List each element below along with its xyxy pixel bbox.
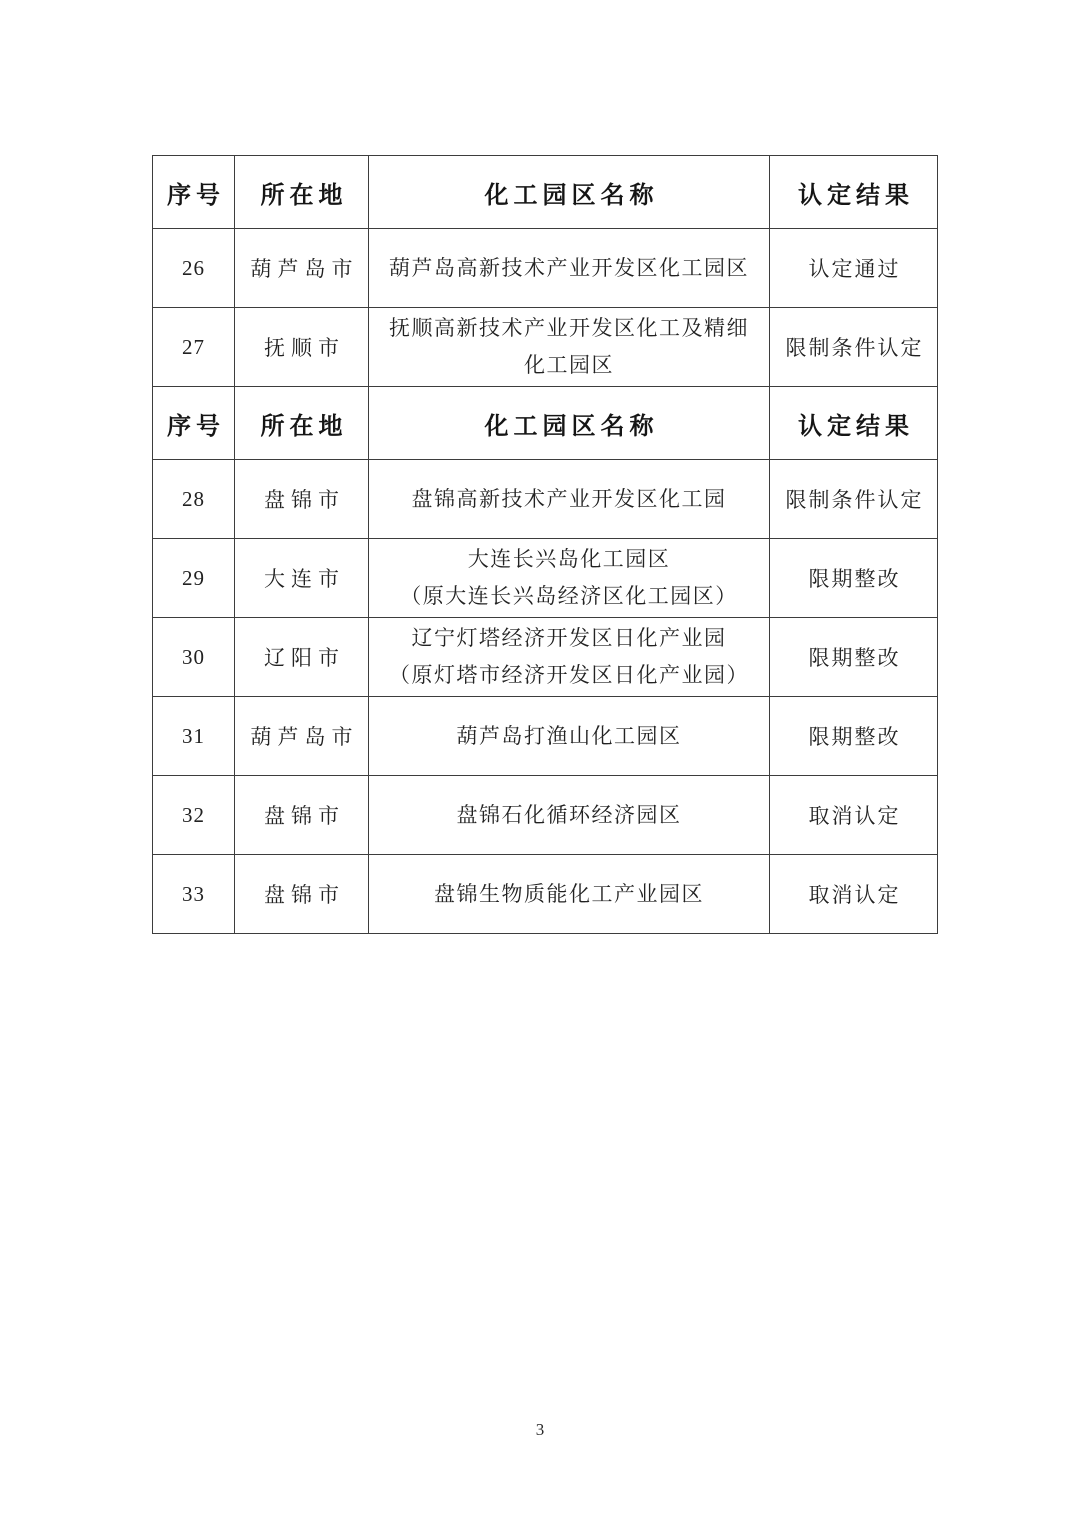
row-number: 32	[153, 776, 235, 855]
park-name: 辽宁灯塔经济开发区日化产业园	[379, 620, 759, 657]
row-number: 28	[153, 460, 235, 539]
park-name: 盘锦石化循环经济园区	[379, 797, 759, 834]
row-number: 31	[153, 697, 235, 776]
row-result: 限期整改	[770, 539, 938, 618]
row-city: 大连市	[235, 539, 369, 618]
row-park: 大连长兴岛化工园区 （原大连长兴岛经济区化工园区）	[369, 539, 770, 618]
park-former-name: （原大连长兴岛经济区化工园区）	[379, 578, 759, 615]
row-city: 盘锦市	[235, 776, 369, 855]
park-name: 抚顺高新技术产业开发区化工及精细化工园区	[379, 310, 759, 384]
row-park: 盘锦石化循环经济园区	[369, 776, 770, 855]
row-park: 葫芦岛高新技术产业开发区化工园区	[369, 229, 770, 308]
row-result: 限制条件认定	[770, 308, 938, 387]
row-result: 限期整改	[770, 697, 938, 776]
row-number: 29	[153, 539, 235, 618]
header-cell-park: 化工园区名称	[369, 387, 770, 460]
row-number: 27	[153, 308, 235, 387]
row-city: 葫芦岛市	[235, 229, 369, 308]
row-park: 辽宁灯塔经济开发区日化产业园 （原灯塔市经济开发区日化产业园）	[369, 618, 770, 697]
header-cell-city: 所在地	[235, 156, 369, 229]
row-result: 取消认定	[770, 855, 938, 934]
park-name: 葫芦岛打渔山化工园区	[379, 718, 759, 755]
park-name: 葫芦岛高新技术产业开发区化工园区	[379, 250, 759, 287]
park-former-name: （原灯塔市经济开发区日化产业园）	[379, 657, 759, 694]
park-name: 大连长兴岛化工园区	[379, 541, 759, 578]
row-park: 盘锦生物质能化工产业园区	[369, 855, 770, 934]
row-result: 认定通过	[770, 229, 938, 308]
table-row: 27 抚顺市 抚顺高新技术产业开发区化工及精细化工园区 限制条件认定	[153, 308, 938, 387]
row-park: 葫芦岛打渔山化工园区	[369, 697, 770, 776]
header-cell-result: 认定结果	[770, 156, 938, 229]
row-city: 盘锦市	[235, 855, 369, 934]
row-city: 葫芦岛市	[235, 697, 369, 776]
row-park: 抚顺高新技术产业开发区化工及精细化工园区	[369, 308, 770, 387]
page-number: 3	[0, 1420, 1080, 1440]
header-cell-park: 化工园区名称	[369, 156, 770, 229]
header-cell-city: 所在地	[235, 387, 369, 460]
row-city: 盘锦市	[235, 460, 369, 539]
table-row: 33 盘锦市 盘锦生物质能化工产业园区 取消认定	[153, 855, 938, 934]
table-row: 32 盘锦市 盘锦石化循环经济园区 取消认定	[153, 776, 938, 855]
table-header-row-1: 序号 所在地 化工园区名称 认定结果	[153, 156, 938, 229]
park-name: 盘锦高新技术产业开发区化工园	[379, 481, 759, 518]
table-row: 30 辽阳市 辽宁灯塔经济开发区日化产业园 （原灯塔市经济开发区日化产业园） 限…	[153, 618, 938, 697]
row-result: 限制条件认定	[770, 460, 938, 539]
document-page: 序号 所在地 化工园区名称 认定结果 26 葫芦岛市 葫芦岛高新技术产业开发区化…	[0, 0, 1080, 1528]
row-number: 33	[153, 855, 235, 934]
row-result: 限期整改	[770, 618, 938, 697]
table-row: 28 盘锦市 盘锦高新技术产业开发区化工园 限制条件认定	[153, 460, 938, 539]
chemical-parks-table: 序号 所在地 化工园区名称 认定结果 26 葫芦岛市 葫芦岛高新技术产业开发区化…	[152, 155, 938, 934]
header-cell-no: 序号	[153, 387, 235, 460]
table-header-row-2: 序号 所在地 化工园区名称 认定结果	[153, 387, 938, 460]
table-row: 31 葫芦岛市 葫芦岛打渔山化工园区 限期整改	[153, 697, 938, 776]
row-number: 26	[153, 229, 235, 308]
header-cell-result: 认定结果	[770, 387, 938, 460]
table-row: 29 大连市 大连长兴岛化工园区 （原大连长兴岛经济区化工园区） 限期整改	[153, 539, 938, 618]
header-cell-no: 序号	[153, 156, 235, 229]
row-city: 抚顺市	[235, 308, 369, 387]
row-city: 辽阳市	[235, 618, 369, 697]
table-row: 26 葫芦岛市 葫芦岛高新技术产业开发区化工园区 认定通过	[153, 229, 938, 308]
row-park: 盘锦高新技术产业开发区化工园	[369, 460, 770, 539]
row-number: 30	[153, 618, 235, 697]
row-result: 取消认定	[770, 776, 938, 855]
park-name: 盘锦生物质能化工产业园区	[379, 876, 759, 913]
